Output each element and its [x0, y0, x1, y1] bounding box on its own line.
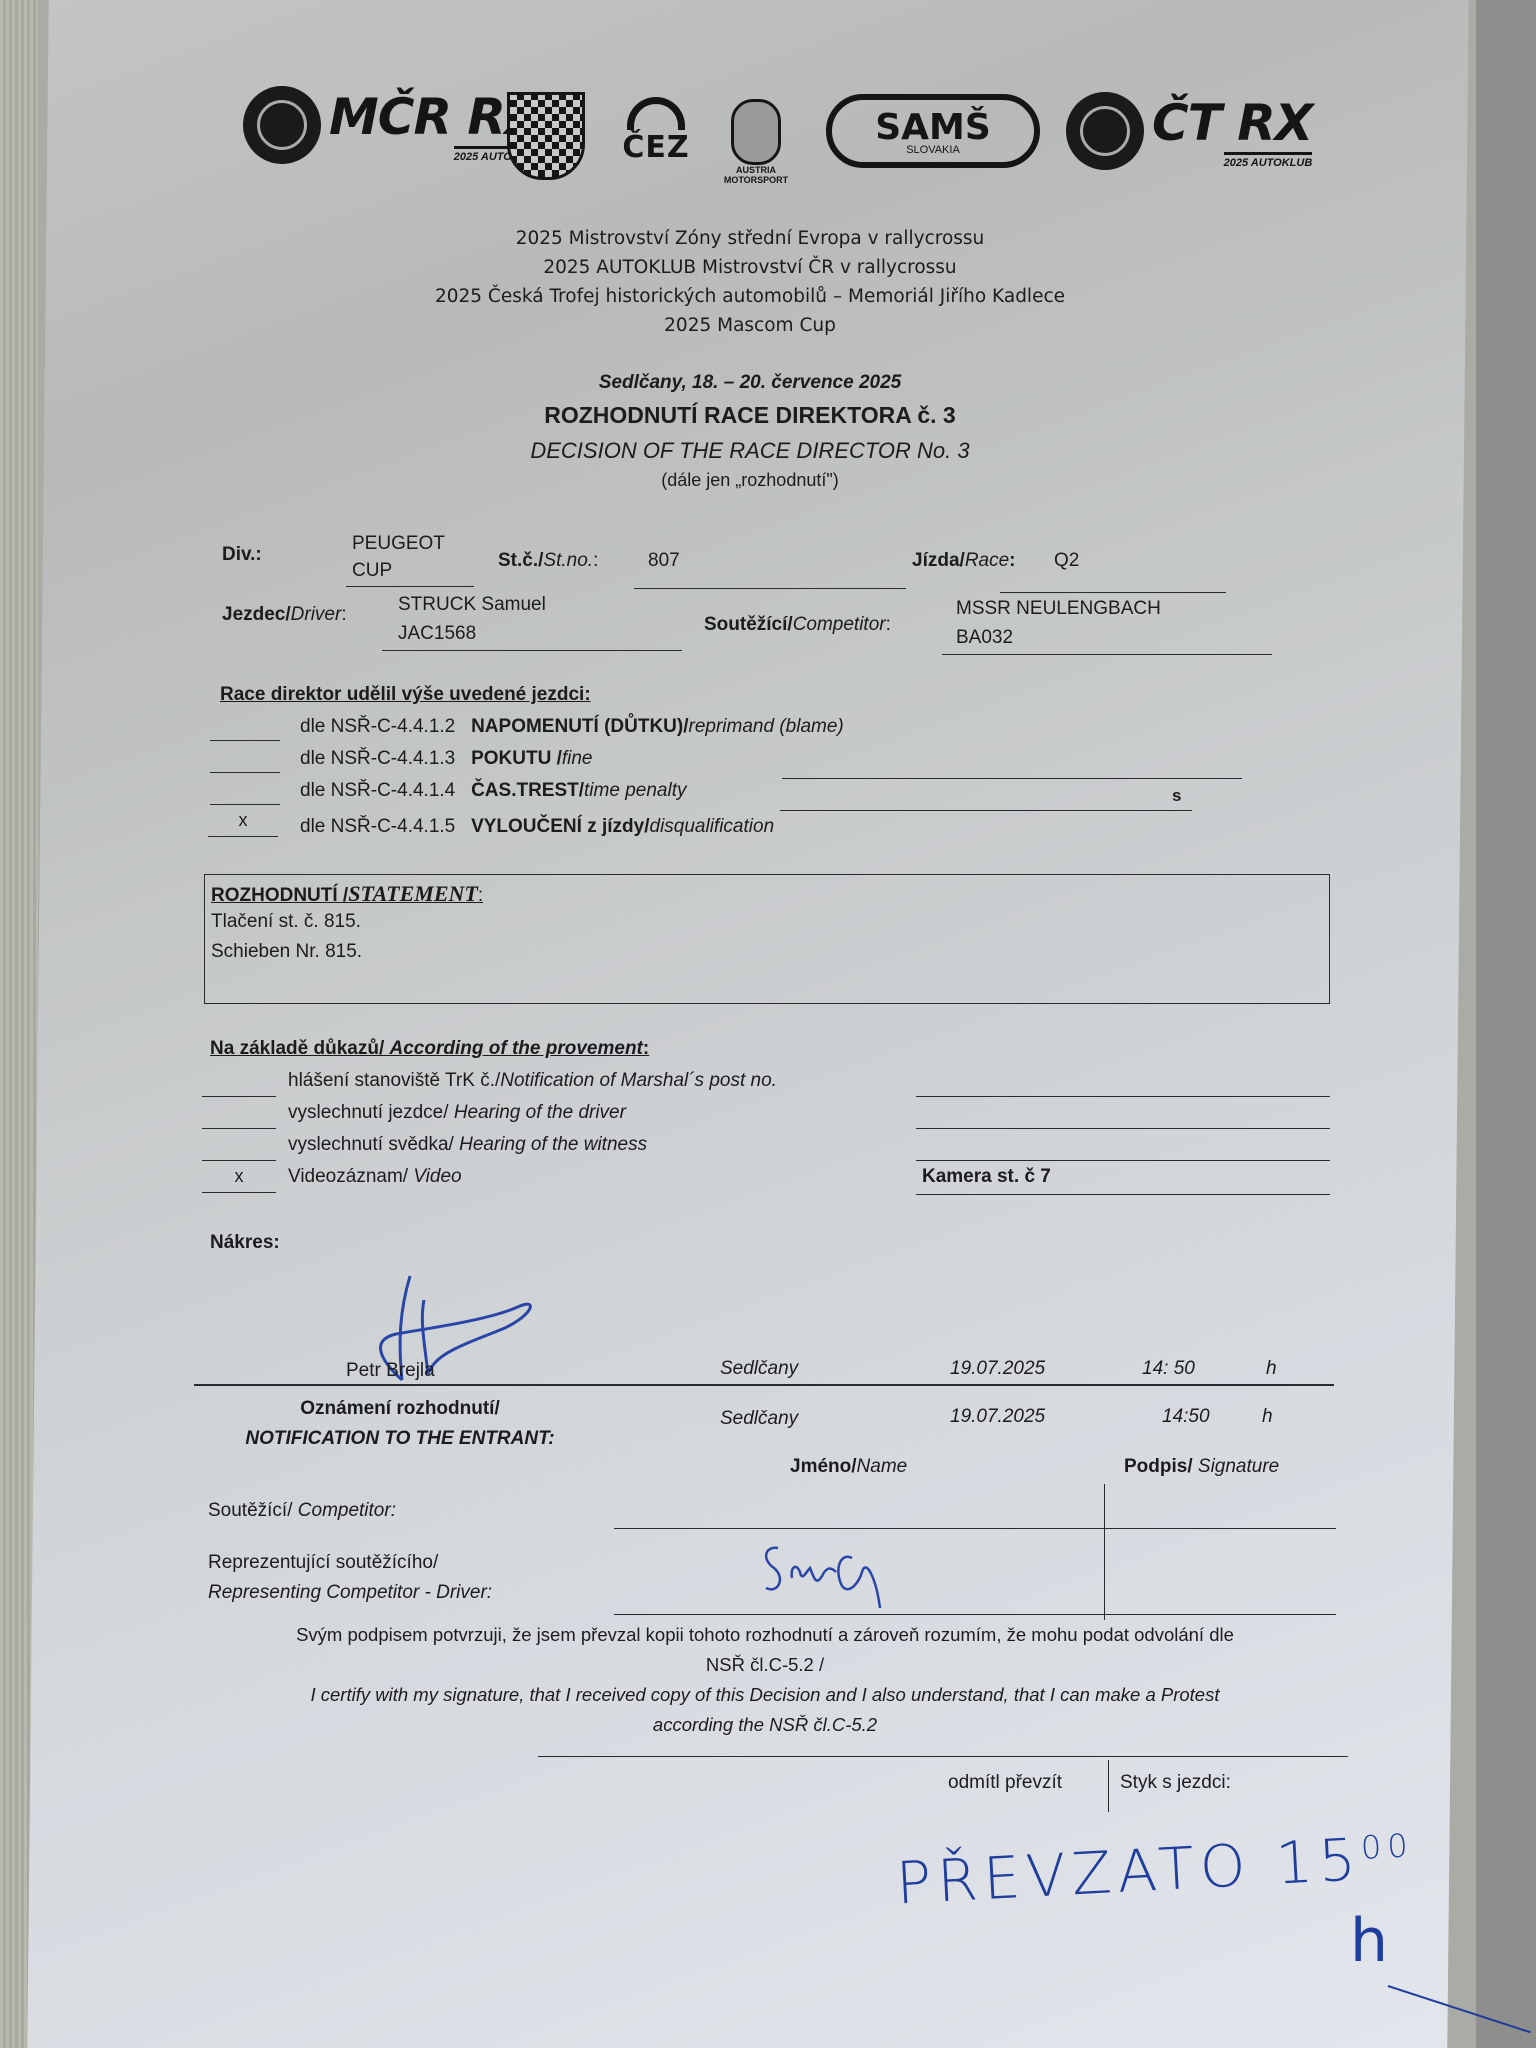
rule-ref: dle NSŘ-C-4.4.1.3 [300, 748, 455, 769]
name-column-header: Jméno/Name [790, 1456, 907, 1478]
place-date: Sedlčany, 18. – 20. července 2025 [400, 372, 1100, 394]
director-line [194, 1384, 1334, 1386]
oamtc-logo: AUSTRIA MOTORSPORT [722, 90, 790, 194]
notification-place: Sedlčany [720, 1408, 798, 1430]
director-place: Sedlčany [720, 1358, 798, 1380]
race-label: Jízda/Race: [912, 550, 1016, 572]
sketch-label: Nákres: [210, 1232, 280, 1254]
certify-line [538, 1756, 1348, 1757]
handwritten-h: h [1350, 1906, 1388, 1976]
notification-time: 14:50 [1162, 1406, 1210, 1428]
sams-logo: SAMŠ SLOVAKIA [826, 94, 1040, 168]
rule-ref: dle NSŘ-C-4.4.1.5 [300, 816, 455, 837]
gear-lion-icon [1066, 92, 1144, 170]
refused-label: odmítl převzít [948, 1772, 1062, 1794]
representative-sign-line[interactable] [614, 1614, 1336, 1615]
cez-logo: ČEZ [612, 94, 700, 168]
evidence-checkbox[interactable]: x [202, 1166, 276, 1193]
race-underline [1000, 592, 1226, 593]
driver-contact-label: Styk s jezdci: [1120, 1772, 1231, 1794]
seconds-unit: s [1172, 786, 1181, 806]
director-name: Petr Brejla [346, 1360, 435, 1382]
statement-box: ROZHODNUTÍ /STATEMENT: Tlačení st. č. 81… [204, 874, 1330, 1004]
div-label: Div.: [222, 544, 262, 566]
statement-label: ROZHODNUTÍ /STATEMENT: [211, 881, 483, 907]
competitor-label: Soutěžící/Competitor: [704, 614, 891, 636]
page-subtitle: (dále jen „rozhodnutí") [400, 470, 1100, 491]
rule-ref: dle NSŘ-C-4.4.1.2 [300, 716, 455, 737]
competitor-sign-line[interactable] [614, 1528, 1336, 1529]
driver-label: Jezdec/Driver: [222, 604, 347, 626]
shield-logo [507, 92, 585, 180]
div-underline [346, 586, 474, 587]
penalty-checkbox[interactable] [210, 746, 280, 773]
evidence-checkbox[interactable] [202, 1070, 276, 1097]
driver-hearing-field[interactable] [916, 1128, 1330, 1129]
footer-divider [1108, 1760, 1109, 1812]
director-time: 14: 50 [1142, 1358, 1195, 1380]
fine-amount-line[interactable] [782, 778, 1242, 779]
director-time-unit: h [1266, 1358, 1277, 1380]
evidence-heading: Na základě důkazů/ According of the prov… [210, 1038, 649, 1060]
notification-time-unit: h [1262, 1406, 1273, 1428]
penalty-checkbox[interactable] [210, 778, 280, 805]
helmet-icon [627, 97, 685, 130]
time-penalty-line[interactable] [780, 810, 1192, 811]
penalty-checkbox[interactable]: x [208, 810, 278, 837]
statement-line-de: Schieben Nr. 815. [211, 941, 362, 963]
representative-label: Reprezentující soutěžícího/ Representing… [208, 1548, 492, 1608]
marshal-post-field[interactable] [916, 1096, 1330, 1097]
evidence-checkbox[interactable] [202, 1102, 276, 1129]
penalty-checkbox[interactable] [210, 714, 280, 741]
ct-rx-logo: ČT RX 2025 AUTOKLUB [1066, 92, 1312, 170]
eagle-emblem-icon [731, 99, 781, 165]
rule-ref: dle NSŘ-C-4.4.1.4 [300, 780, 455, 801]
column-divider [1104, 1484, 1105, 1620]
driver-value: STRUCK Samuel JAC1568 [398, 590, 546, 648]
mcr-rx-logo: MČR RX 2025 AUTOKLUB [243, 86, 542, 164]
competitor-underline [942, 654, 1272, 655]
evidence-checkbox[interactable] [202, 1134, 276, 1161]
notification-label: Oznámení rozhodnutí/ NOTIFICATION TO THE… [210, 1394, 590, 1454]
witness-hearing-field[interactable] [916, 1160, 1330, 1161]
gear-lion-icon [243, 86, 321, 164]
notification-date: 19.07.2025 [950, 1406, 1045, 1428]
video-source: Kamera st. č 7 [922, 1166, 1051, 1188]
competitor-sign-label: Soutěžící/ Competitor: [208, 1500, 396, 1522]
video-source-underline [916, 1194, 1330, 1195]
start-number-value: 807 [648, 550, 680, 572]
start-number-underline [634, 588, 906, 589]
page-title-en: DECISION OF THE RACE DIRECTOR No. 3 [400, 438, 1100, 464]
championship-lines: 2025 Mistrovství Zóny střední Evropa v r… [300, 224, 1200, 340]
driver-underline [382, 650, 682, 651]
driver-signature [756, 1538, 926, 1618]
director-date: 19.07.2025 [950, 1358, 1045, 1380]
penalties-heading: Race direktor udělil výše uvedené jezdci… [220, 684, 591, 706]
page-title: ROZHODNUTÍ RACE DIREKTORA č. 3 [400, 402, 1100, 429]
race-value: Q2 [1054, 550, 1079, 572]
statement-line-cz: Tlačení st. č. 815. [211, 911, 361, 933]
signature-column-header: Podpis/ Signature [1124, 1456, 1279, 1478]
certify-text: Svým podpisem potvrzuji, že jsem převzal… [190, 1620, 1340, 1740]
desk-edge [1476, 0, 1536, 2048]
competitor-value: MSSR NEULENGBACH BA032 [956, 594, 1161, 652]
start-number-label: St.č./St.no.: [498, 550, 598, 572]
div-value: PEUGEOT CUP [352, 530, 445, 584]
